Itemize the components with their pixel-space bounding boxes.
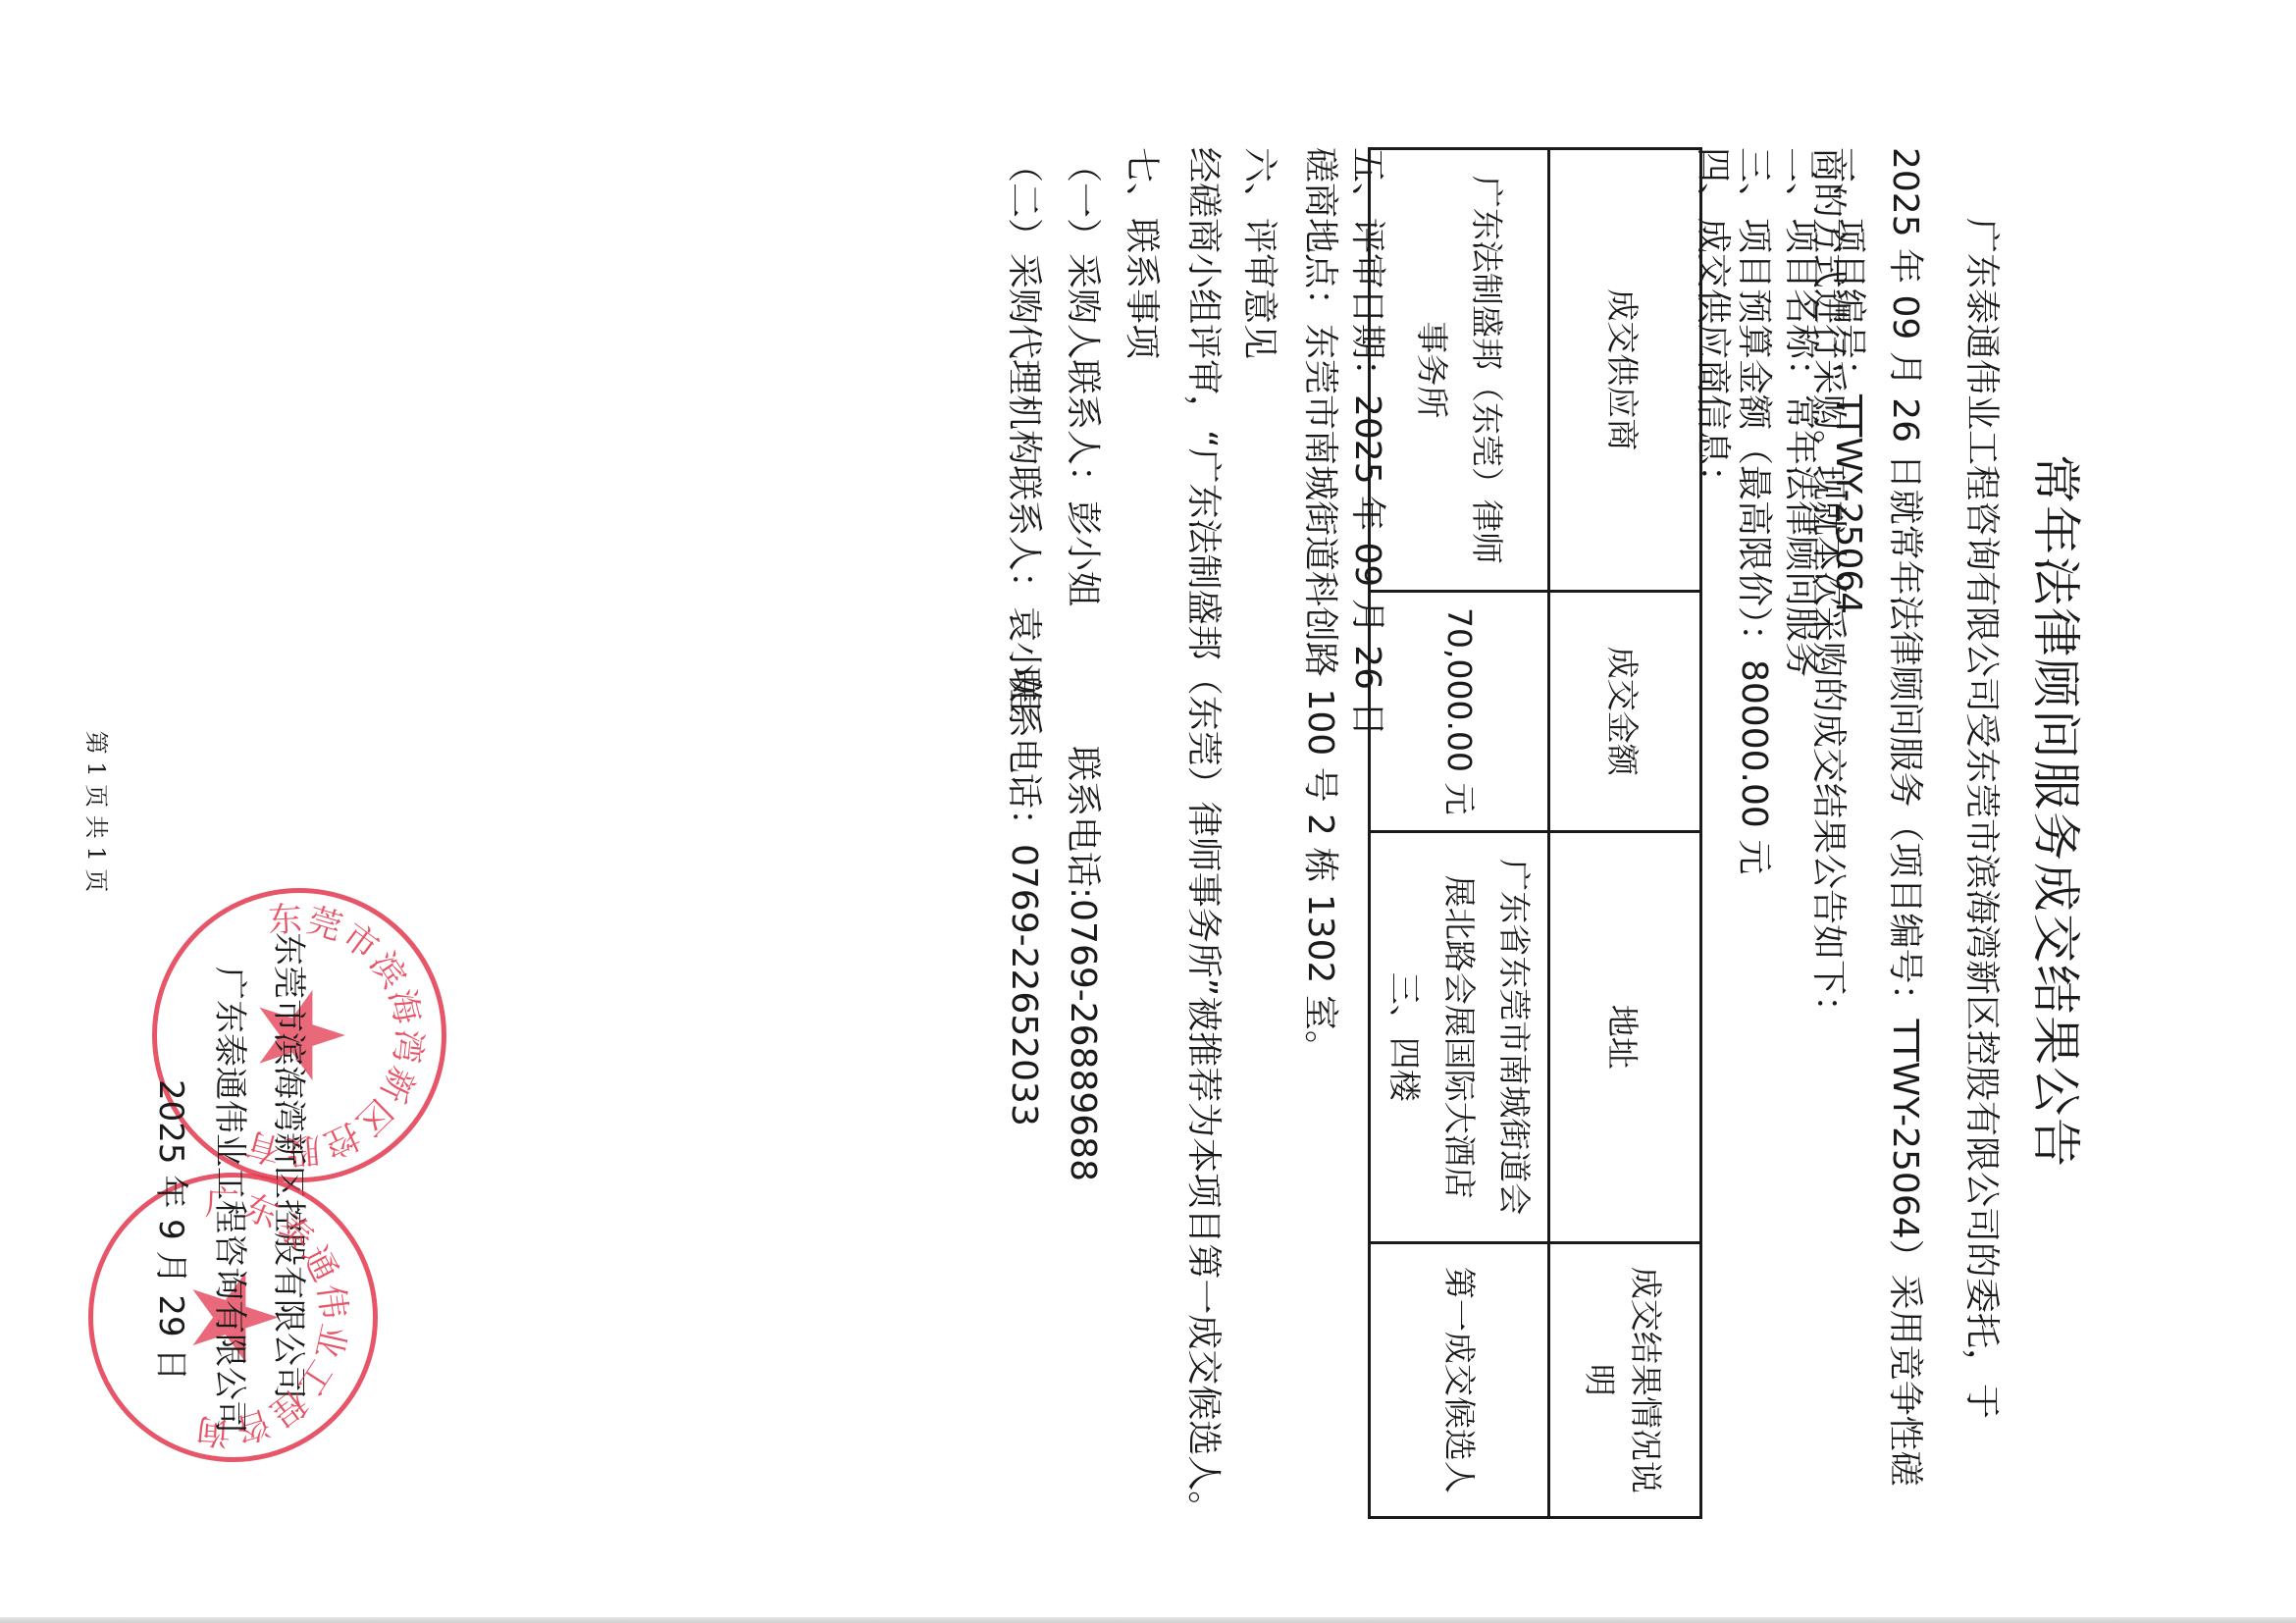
cell-amount: 70,000.00 元 bbox=[1370, 591, 1549, 831]
document-page: 常年法律顾问服务成交结果公告 广东泰通伟业工程咨询有限公司受东莞市滨海湾新区控股… bbox=[0, 0, 2296, 1623]
section-review-opinion: 六、评审意见 bbox=[1237, 147, 1287, 359]
signature-date: 2025 年 9 月 29 日 bbox=[150, 1079, 198, 1381]
section-project-number: 一、项目编号：TTWY-25064 bbox=[1826, 147, 1876, 614]
agent-phone: 联系电话：0769-22652033 bbox=[1002, 667, 1052, 1126]
buyer-contact: （一）采购人联系人：彭小姐 bbox=[1061, 147, 1111, 606]
section-location: 磋商地点：东莞市南城街道科创路 100 号 2 栋 1302 室。 bbox=[1298, 147, 1348, 1066]
table-header-row: 成交供应商 成交金额 地址 成交结果情况说明 bbox=[1549, 149, 1701, 1518]
header-note: 成交结果情况说明 bbox=[1549, 1242, 1701, 1517]
header-supplier: 成交供应商 bbox=[1549, 149, 1701, 592]
table-row: 广东法制盛邦（东莞）律师事务所 70,000.00 元 广东省东莞市南城街道会展… bbox=[1370, 149, 1549, 1518]
agent-contact: （二）采购代理机构联系人：袁小姐 bbox=[1002, 147, 1052, 712]
scan-edge-divider bbox=[0, 1617, 2296, 1623]
cell-address: 广东省东莞市南城街道会展北路会展国际大酒店三、四楼 bbox=[1370, 831, 1549, 1242]
section-review-date: 五、评审日期：2025 年 09 月 26 日 bbox=[1345, 147, 1395, 736]
buyer-phone: 联系电话:0769-26889688 bbox=[1061, 746, 1111, 1181]
header-address: 地址 bbox=[1549, 831, 1701, 1242]
cell-supplier: 广东法制盛邦（东莞）律师事务所 bbox=[1370, 149, 1549, 592]
section-contacts: 七、联系事项 bbox=[1120, 147, 1170, 359]
document-title: 常年法律顾问服务成交结果公告 bbox=[2024, 0, 2095, 1623]
cell-note: 第一成交候选人 bbox=[1370, 1242, 1549, 1517]
review-opinion-text: 经磋商小组评审，“广东法制盛邦（东莞）律师事务所”被推荐为本项目第一成交候选人。 bbox=[1181, 147, 1231, 1526]
header-amount: 成交金额 bbox=[1549, 591, 1701, 831]
page-footer: 第 1 页 共 1 页 bbox=[81, 0, 116, 1623]
section-project-name: 二、项目名称：常年法律顾问服务 bbox=[1779, 147, 1829, 677]
result-table: 成交供应商 成交金额 地址 成交结果情况说明 广东法制盛邦（东莞）律师事务所 7… bbox=[1368, 147, 1702, 1519]
agent-signature: 广东泰通伟业工程咨询有限公司 bbox=[209, 967, 257, 1434]
